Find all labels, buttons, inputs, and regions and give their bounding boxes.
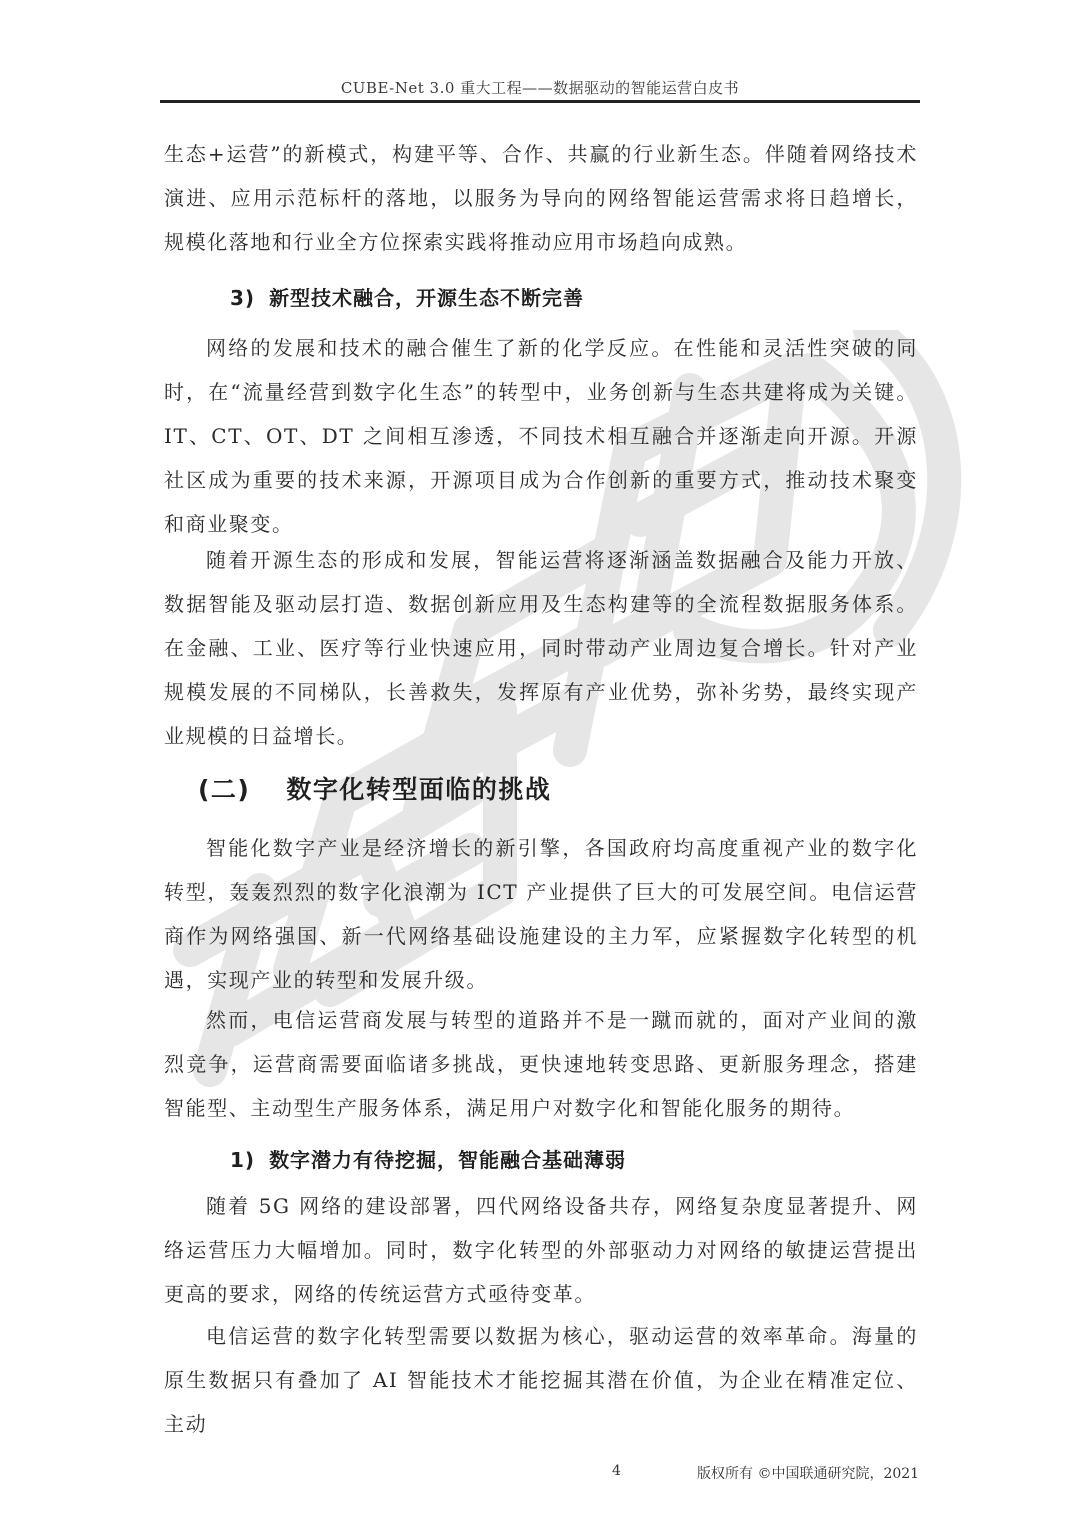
subheading-number: 3) — [230, 286, 255, 310]
header-rule — [160, 100, 920, 103]
paragraph-challenges: 然而，电信运营商发展与转型的道路并不是一蹴而就的，面对产业间的激烈竞争，运营商需… — [164, 998, 918, 1130]
copyright-notice: 版权所有 ©中国联通研究院，2021 — [697, 1463, 919, 1483]
paragraph-tech-fusion: 网络的发展和技术的融合催生了新的化学反应。在性能和灵活性突破的同时，在“流量经营… — [164, 326, 918, 546]
running-header-title: CUBE-Net 3.0 重大工程——数据驱动的智能运营白皮书 — [160, 77, 920, 98]
subheading-number: 1) — [230, 1148, 255, 1172]
section-heading-2: (二)数字化转型面临的挑战 — [198, 770, 551, 806]
document-page: CUBE-Net 3.0 重大工程——数据驱动的智能运营白皮书 生态 — [0, 0, 1080, 1527]
subheading-1: 1)数字潜力有待挖掘，智能融合基础薄弱 — [230, 1144, 626, 1173]
section-number: (二) — [198, 775, 250, 804]
paragraph-data-core: 电信运营的数字化转型需要以数据为核心，驱动运营的效率革命。海量的原生数据只有叠加… — [164, 1314, 918, 1446]
paragraph-continuation: 生态+运营”的新模式，构建平等、合作、共赢的行业新生态。伴随着网络技术演进、应用… — [164, 132, 918, 264]
section-title: 数字化转型面临的挑战 — [286, 775, 551, 804]
paragraph-open-source-ecosystem: 随着开源生态的形成和发展，智能运营将逐渐涵盖数据融合及能力开放、数据智能及驱动层… — [164, 538, 918, 758]
subheading-text: 新型技术融合，开源生态不断完善 — [269, 286, 584, 310]
paragraph-5g-network: 随着 5G 网络的建设部署，四代网络设备共存，网络复杂度显著提升、网络运营压力大… — [164, 1184, 918, 1316]
page-number: 4 — [612, 1463, 621, 1479]
paragraph-digital-industry: 智能化数字产业是经济增长的新引擎，各国政府均高度重视产业的数字化转型，轰轰烈烈的… — [164, 826, 918, 1002]
subheading-3: 3)新型技术融合，开源生态不断完善 — [230, 282, 584, 311]
subheading-text: 数字潜力有待挖掘，智能融合基础薄弱 — [269, 1148, 626, 1172]
